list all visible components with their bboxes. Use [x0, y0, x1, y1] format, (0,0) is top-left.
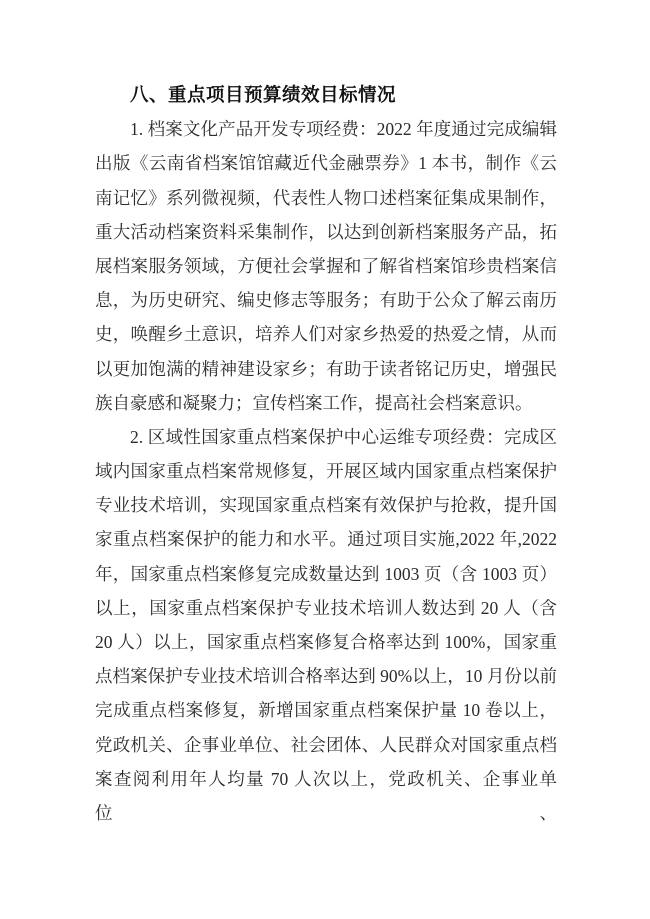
paragraph2-line-1: 2. 区域性国家重点档案保护中心运维专项经费：完成区 — [95, 420, 557, 454]
paragraph1-line-1: 1. 档案文化产品开发专项经费：2022 年度通过完成编辑 — [95, 112, 557, 146]
paragraph2-line-3: 专业技术培训，实现国家重点档案有效保护与抢救，提升国 — [95, 488, 557, 522]
paragraph2-line-2: 域内国家重点档案常规修复，开展区域内国家重点档案保护 — [95, 454, 557, 488]
paragraph1-line-9: 族自豪感和凝聚力；宣传档案工作，提高社会档案意识。 — [95, 386, 557, 420]
text-block: 八、重点项目预算绩效目标情况 1. 档案文化产品开发专项经费：2022 年度通过… — [95, 78, 557, 796]
paragraph2-line-8: 点档案保护专业技术培训合格率达到 90%以上，10 月份以前 — [95, 659, 557, 693]
paragraph2-line-6: 以上，国家重点档案保护专业技术培训人数达到 20 人（含 — [95, 591, 557, 625]
document-page: 八、重点项目预算绩效目标情况 1. 档案文化产品开发专项经费：2022 年度通过… — [0, 0, 650, 919]
paragraph2-line-5: 年，国家重点档案修复完成数量达到 1003 页（含 1003 页） — [95, 557, 557, 591]
paragraph2-line-4: 家重点档案保护的能力和水平。通过项目实施,2022 年,2022 — [95, 522, 557, 556]
paragraph1-line-2: 出版《云南省档案馆馆藏近代金融票券》1 本书，制作《云 — [95, 146, 557, 180]
section-heading: 八、重点项目预算绩效目标情况 — [95, 78, 557, 112]
paragraph1-line-7: 史，唤醒乡土意识，培养人们对家乡热爱的热爱之情，从而 — [95, 317, 557, 351]
paragraph2-line-7: 20 人）以上，国家重点档案修复合格率达到 100%，国家重 — [95, 625, 557, 659]
paragraph2-line-9: 完成重点档案修复，新增国家重点档案保护量 10 卷以上， — [95, 693, 557, 727]
paragraph2-line-10: 党政机关、企事业单位、社会团体、人民群众对国家重点档 — [95, 728, 557, 762]
paragraph1-line-3: 南记忆》系列微视频，代表性人物口述档案征集成果制作， — [95, 181, 557, 215]
paragraph1-line-8: 以更加饱满的精神建设家乡；有助于读者铭记历史，增强民 — [95, 352, 557, 386]
paragraph2-line-11: 案查阅利用年人均量 70 人次以上，党政机关、企事业单位、 — [95, 762, 557, 796]
paragraph1-line-4: 重大活动档案资料采集制作，以达到创新档案服务产品，拓 — [95, 215, 557, 249]
paragraph1-line-5: 展档案服务领域，方便社会掌握和了解省档案馆珍贵档案信 — [95, 249, 557, 283]
paragraph1-line-6: 息，为历史研究、编史修志等服务；有助于公众了解云南历 — [95, 283, 557, 317]
